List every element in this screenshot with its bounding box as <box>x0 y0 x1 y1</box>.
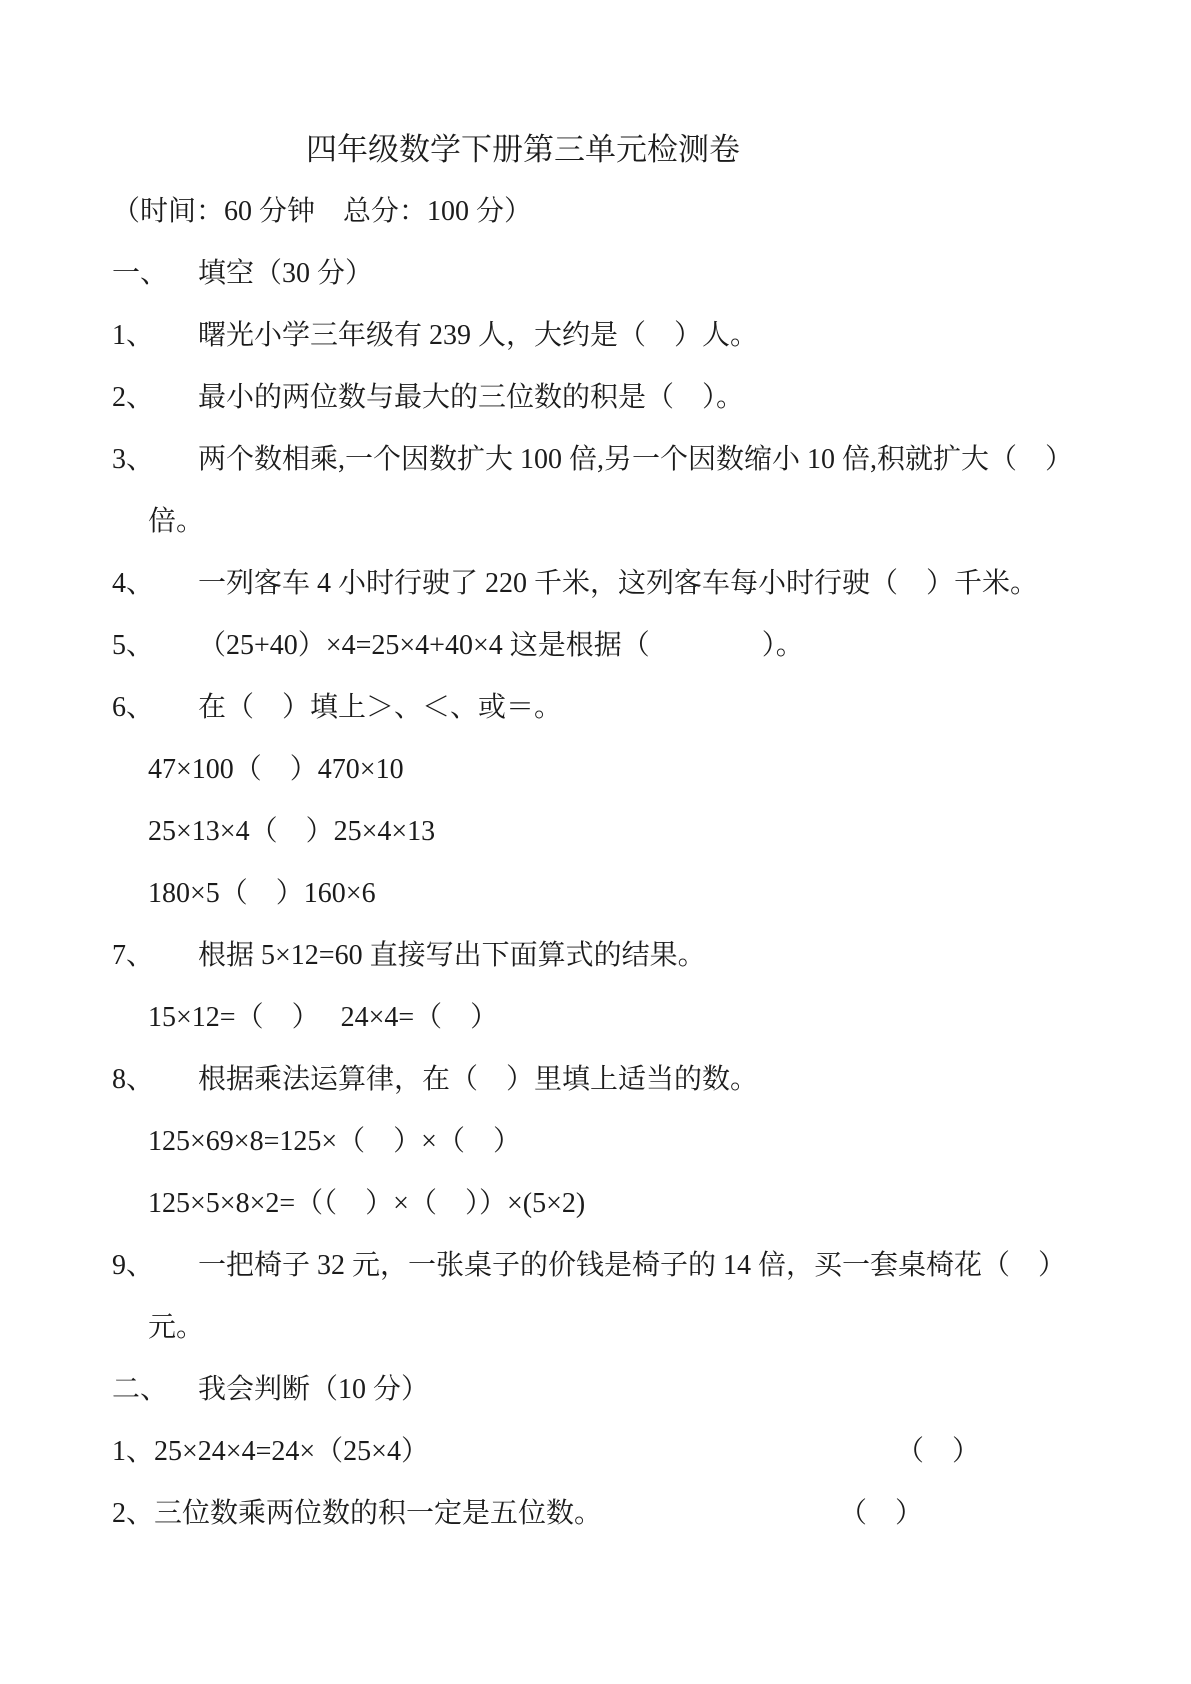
exam-meta: （时间：60 分钟 总分：100 分） <box>112 181 1122 243</box>
problem-6-text: 在（ ）填上＞、＜、或＝。 <box>198 692 562 723</box>
judge-2-text: 2、三位数乘两位数的积一定是五位数。 <box>112 1498 602 1529</box>
section-2-title: 我会判断（10 分） <box>198 1374 429 1405</box>
problem-8: 8、根据乘法运算律，在（ ）里填上适当的数。 <box>112 1049 1122 1111</box>
problem-3-text: 两个数相乘,一个因数扩大 100 倍,另一个因数缩小 10 倍,积就扩大（ ） <box>198 444 1073 475</box>
problem-4-number: 4、 <box>112 553 198 615</box>
section-1-heading: 一、填空（30 分） <box>112 243 1122 305</box>
problem-8-item-2: 125×5×8×2=（（ ）×（ ））×(5×2) <box>112 1173 1122 1235</box>
section-1-number: 一、 <box>112 243 198 305</box>
problem-6-item-2: 25×13×4（ ）25×4×13 <box>112 801 1122 863</box>
problem-7-text: 根据 5×12=60 直接写出下面算式的结果。 <box>198 940 706 971</box>
page-title: 四年级数学下册第三单元检测卷 <box>112 119 1122 181</box>
problem-4: 4、一列客车 4 小时行驶了 220 千米，这列客车每小时行驶（ ）千米。 <box>112 553 1122 615</box>
problem-9-continuation: 元。 <box>112 1297 1122 1359</box>
judge-2-answer-blank: （ ） <box>839 1483 923 1545</box>
judge-1-text: 1、25×24×4=24×（25×4） <box>112 1436 429 1467</box>
document-page: 四年级数学下册第三单元检测卷 （时间：60 分钟 总分：100 分） 一、填空（… <box>0 0 1191 1684</box>
problem-8-text: 根据乘法运算律，在（ ）里填上适当的数。 <box>198 1064 758 1095</box>
problem-6-number: 6、 <box>112 677 198 739</box>
problem-8-number: 8、 <box>112 1049 198 1111</box>
problem-9-text: 一把椅子 32 元，一张桌子的价钱是椅子的 14 倍，买一套桌椅花（ ） <box>198 1250 1066 1281</box>
problem-5-number: 5、 <box>112 615 198 677</box>
problem-1-text: 曙光小学三年级有 239 人，大约是（ ）人。 <box>198 320 758 351</box>
judge-2: 2、三位数乘两位数的积一定是五位数。（ ） <box>112 1483 1122 1545</box>
problem-3: 3、两个数相乘,一个因数扩大 100 倍,另一个因数缩小 10 倍,积就扩大（ … <box>112 429 1122 491</box>
problem-5: 5、（25+40）×4=25×4+40×4 这是根据（ ）。 <box>112 615 1122 677</box>
problem-2-text: 最小的两位数与最大的三位数的积是（ ）。 <box>198 382 744 413</box>
problem-2: 2、最小的两位数与最大的三位数的积是（ ）。 <box>112 367 1122 429</box>
problem-7-number: 7、 <box>112 925 198 987</box>
problem-6: 6、在（ ）填上＞、＜、或＝。 <box>112 677 1122 739</box>
problem-1: 1、曙光小学三年级有 239 人，大约是（ ）人。 <box>112 305 1122 367</box>
problem-6-item-1: 47×100（ ）470×10 <box>112 739 1122 801</box>
problem-4-text: 一列客车 4 小时行驶了 220 千米，这列客车每小时行驶（ ）千米。 <box>198 568 1038 599</box>
problem-3-number: 3、 <box>112 429 198 491</box>
problem-9: 9、一把椅子 32 元，一张桌子的价钱是椅子的 14 倍，买一套桌椅花（ ） <box>112 1235 1122 1297</box>
judge-1-answer-blank: （ ） <box>896 1421 980 1483</box>
judge-1: 1、25×24×4=24×（25×4）（ ） <box>112 1421 1122 1483</box>
section-1-title: 填空（30 分） <box>198 258 373 289</box>
problem-3-continuation: 倍。 <box>112 491 1122 553</box>
section-2-heading: 二、我会判断（10 分） <box>112 1359 1122 1421</box>
document-content: 四年级数学下册第三单元检测卷 （时间：60 分钟 总分：100 分） 一、填空（… <box>112 119 1122 1545</box>
problem-9-number: 9、 <box>112 1235 198 1297</box>
problem-2-number: 2、 <box>112 367 198 429</box>
problem-8-item-1: 125×69×8=125×（ ）×（ ） <box>112 1111 1122 1173</box>
problem-6-item-3: 180×5（ ）160×6 <box>112 863 1122 925</box>
problem-7: 7、根据 5×12=60 直接写出下面算式的结果。 <box>112 925 1122 987</box>
problem-5-text: （25+40）×4=25×4+40×4 这是根据（ ）。 <box>198 630 804 661</box>
section-2-number: 二、 <box>112 1359 198 1421</box>
problem-7-item-1: 15×12=（ ） 24×4=（ ） <box>112 987 1122 1049</box>
problem-1-number: 1、 <box>112 305 198 367</box>
